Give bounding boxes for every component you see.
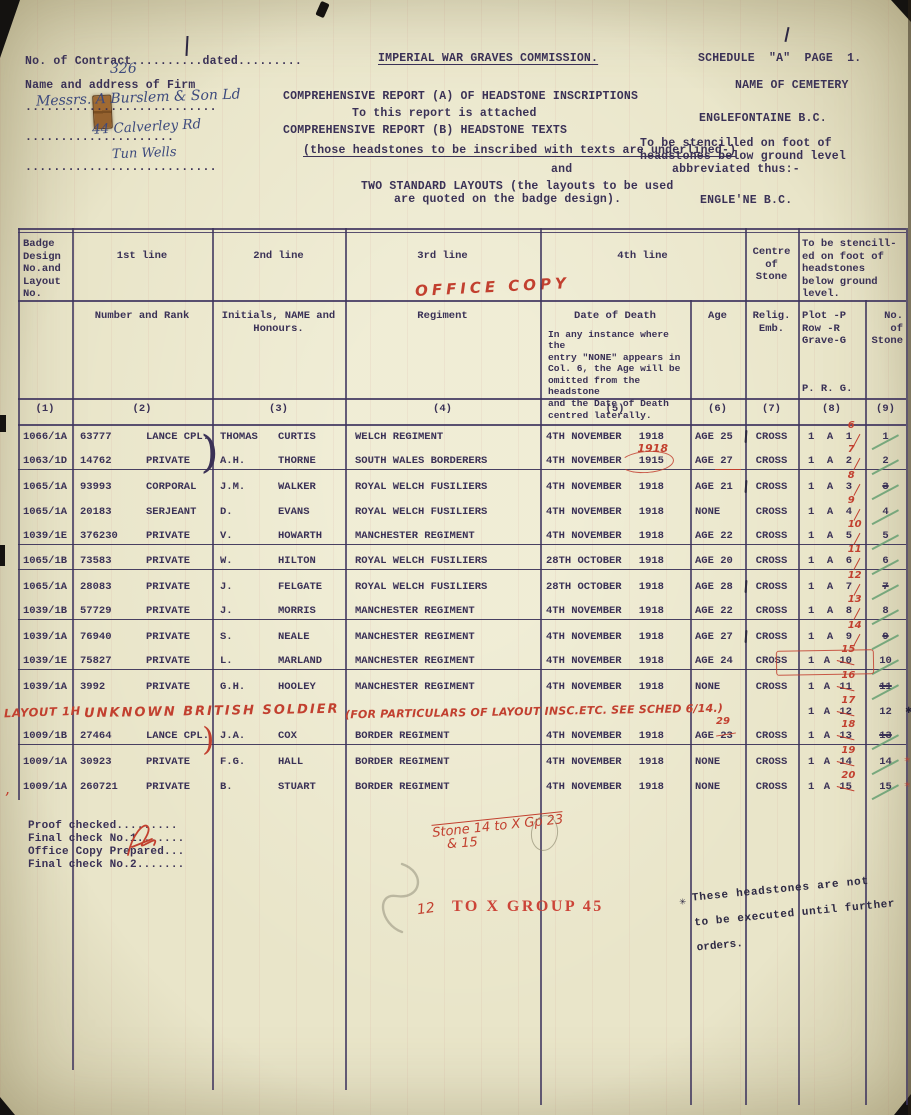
initials: V. — [220, 530, 278, 542]
age-value: NONE — [690, 504, 745, 520]
initials: A.H. — [220, 455, 278, 467]
surname: HALL — [278, 756, 303, 768]
col-num-2: (2) — [72, 398, 212, 424]
plot: 1 — [808, 730, 814, 742]
red-box-annotation — [776, 649, 874, 676]
service-number: 376230 — [80, 530, 146, 542]
death-date: 4TH NOVEMBER — [546, 756, 622, 768]
initials: W. — [220, 555, 278, 567]
badge-value: 1039/1E — [18, 528, 72, 545]
ink-brace-mark: ) — [200, 427, 219, 478]
service-number: 20183 — [80, 506, 146, 518]
firm-dotted-line-3: ........................... — [25, 161, 217, 174]
cemetery-abbreviation: ENGLE'NE B.C. — [700, 194, 792, 207]
row: A — [827, 481, 833, 493]
red-grave-correction: 11 — [848, 544, 862, 555]
badge-value: 1063/1D — [18, 453, 72, 470]
green-check-tick — [865, 522, 899, 550]
header-no-of-stone: No. of Stone — [865, 300, 906, 398]
service-number: 30923 — [80, 756, 146, 768]
badge-value: 1065/1A — [18, 479, 72, 495]
death-date: 4TH NOVEMBER — [546, 506, 622, 518]
to-x-group-stamp: TO X GROUP 45 — [452, 898, 604, 916]
plot: 1 — [808, 481, 814, 493]
plot: 1 — [808, 506, 814, 518]
badge-value: 1009/1A — [18, 779, 72, 795]
age-value: AGE 2329 — [690, 728, 745, 745]
schedule-page-line: SCHEDULE "A" PAGE 1. — [698, 52, 861, 65]
plot: 1 — [808, 706, 814, 718]
red-grave-correction: 9 — [848, 495, 855, 506]
row: A — [827, 455, 833, 467]
death-date: 4TH NOVEMBER — [546, 530, 622, 542]
badge-value: 1039/1E — [18, 653, 72, 670]
badge-value: 1065/1B — [18, 553, 72, 570]
regiment-value: BORDER REGIMENT — [345, 728, 540, 745]
layout-particulars-handwritten: (FOR PARTICULARS OF LAYOUT INSC.ETC. SEE… — [345, 702, 723, 722]
and-word: and — [551, 163, 572, 176]
surname: CURTIS — [278, 431, 316, 443]
badge-value: 1065/1A — [18, 504, 72, 520]
red-grave-correction: 8 — [848, 470, 855, 481]
header-plot-row-grave: Plot -P Row -R Grave-G P. R. G. — [798, 300, 865, 398]
religious-emblem: CROSS — [745, 504, 798, 520]
red-comma-mark: , — [5, 779, 10, 798]
service-number: 3992 — [80, 681, 146, 693]
religious-emblem: CROSS — [745, 679, 798, 695]
rank: SERJEANT — [146, 506, 196, 518]
header-2nd-line: 2nd line — [212, 232, 345, 300]
row: A — [827, 506, 833, 518]
death-date: 4TH NOVEMBER — [546, 781, 622, 793]
death-date: 4TH NOVEMBER — [546, 631, 622, 643]
rank: PRIVATE — [146, 530, 190, 542]
header-age: Age — [690, 300, 745, 398]
attached-line: To this report is attached — [352, 107, 537, 120]
stencil-note-line-3: abbreviated thus:- — [672, 163, 800, 176]
service-number: 260721 — [80, 781, 146, 793]
badge-value: 1066/1A — [18, 429, 72, 445]
age-value: AGE 27 — [690, 453, 745, 470]
death-date: 4TH NOVEMBER — [546, 655, 622, 667]
execution-hold-note: ✳ These headstones are not to be execute… — [691, 866, 911, 962]
red-grave-correction: 12 — [848, 570, 862, 581]
report-b-line: COMPREHENSIVE REPORT (B) HEADSTONE TEXTS — [283, 124, 567, 137]
surname: HILTON — [278, 555, 316, 567]
death-date: 4TH NOVEMBER — [546, 605, 622, 617]
green-check-tick — [865, 572, 899, 600]
service-number: 14762 — [80, 455, 146, 467]
green-check-tick — [865, 497, 899, 525]
rank: PRIVATE — [146, 631, 190, 643]
initials: F.G. — [220, 756, 278, 768]
row: A — [827, 530, 833, 542]
regiment-value: MANCHESTER REGIMENT — [345, 629, 540, 645]
header-stencil-foot: To be stencill- ed on foot of headstones… — [798, 232, 906, 300]
regiment-value: ROYAL WELCH FUSILIERS — [345, 553, 540, 570]
death-year: 1918 — [639, 781, 664, 793]
col-num-4: (4) — [345, 398, 540, 424]
scan-mark-top — [315, 1, 329, 18]
badge-value: 1039/1B — [18, 603, 72, 620]
header-3rd-line: 3rd line — [345, 232, 540, 300]
report-a-line: COMPREHENSIVE REPORT (A) OF HEADSTONE IN… — [283, 90, 638, 103]
scanned-document-page: No. of Contract..........dated......... … — [0, 0, 911, 1115]
contract-number-handwritten: 326 — [110, 61, 137, 77]
table-rule — [906, 228, 908, 1105]
scan-mark-left-1 — [0, 415, 6, 432]
age-value: AGE 22 — [690, 528, 745, 545]
death-year: 1918 — [639, 431, 664, 443]
surname: MARLAND — [278, 655, 322, 667]
row: A — [827, 605, 833, 617]
age-value: AGE 25 — [690, 429, 745, 445]
surname: FELGATE — [278, 581, 322, 593]
rank: PRIVATE — [146, 555, 190, 567]
religious-emblem: CROSS — [745, 579, 798, 595]
death-date: 28TH OCTOBER — [546, 581, 622, 593]
rank: PRIVATE — [146, 756, 190, 768]
plot: 1 — [808, 455, 814, 467]
service-number: 76940 — [80, 631, 146, 643]
plot: 1 — [808, 681, 814, 693]
layouts-line-1: TWO STANDARD LAYOUTS (the layouts to be … — [361, 180, 673, 193]
religious-emblem: CROSS — [745, 779, 798, 795]
rank: PRIVATE — [146, 581, 190, 593]
rank: PRIVATE — [146, 605, 190, 617]
surname: EVANS — [278, 506, 310, 518]
green-check-tick — [865, 472, 899, 500]
ink-asterisk-mark: ✱ — [905, 703, 911, 717]
age-value: AGE 22 — [690, 603, 745, 620]
surname: STUART — [278, 781, 316, 793]
cemetery-label: NAME OF CEMETERY — [735, 79, 849, 92]
age-value: AGE 21 — [690, 479, 745, 495]
stencil-note-line-1: To be stencilled on foot of — [640, 137, 832, 150]
initials: S. — [220, 631, 278, 643]
regiment-value: MANCHESTER REGIMENT — [345, 603, 540, 620]
header-1st-line: 1st line — [72, 232, 212, 300]
green-check-tick — [865, 672, 899, 700]
asterisk-icon: ✳ — [678, 890, 687, 916]
death-year: 1918 — [639, 581, 664, 593]
header-date-of-death: Date of Death In any instance where the … — [540, 300, 690, 398]
col-num-8: (8) — [798, 398, 865, 424]
death-year: 1918 — [639, 681, 664, 693]
service-number: 75827 — [80, 655, 146, 667]
death-year: 1918 — [639, 506, 664, 518]
service-number: 27464 — [80, 730, 146, 742]
scan-mark-left-2 — [0, 545, 5, 566]
regiment-value: BORDER REGIMENT — [345, 754, 540, 770]
layouts-line-2: are quoted on the badge design). — [394, 193, 621, 206]
badge-value: 1009/1A — [18, 754, 72, 770]
layout-handwritten: LAYOUT 1H — [4, 703, 81, 720]
col-num-9: (9) — [865, 398, 906, 424]
rank: PRIVATE — [146, 455, 190, 467]
red-grave-correction: 6 — [848, 420, 855, 431]
death-date: 4TH NOVEMBER — [546, 431, 622, 443]
surname: HOWARTH — [278, 530, 322, 542]
plot: 1 — [808, 581, 814, 593]
row: A — [824, 756, 830, 768]
death-date: 4TH NOVEMBER — [546, 455, 622, 467]
rank: PRIVATE — [146, 681, 190, 693]
red-grave-correction: 7 — [848, 444, 855, 455]
age-value: AGE 24 — [690, 653, 745, 670]
red-grave-correction: 13 — [848, 594, 862, 605]
row: A — [827, 631, 833, 643]
surname: COX — [278, 730, 297, 742]
age-value: AGE 20 — [690, 553, 745, 570]
religious-emblem: CROSS — [745, 528, 798, 545]
row: A — [824, 706, 830, 718]
pen-stroke-top-right — [784, 27, 789, 42]
unknown-soldier-handwritten: UNKNOWN BRITISH SOLDIER — [72, 702, 340, 722]
initials: L. — [220, 655, 278, 667]
header-initials-name: Initials, NAME and Honours. — [212, 300, 345, 398]
initials: J. — [220, 581, 278, 593]
initials: J. — [220, 605, 278, 617]
col-num-3: (3) — [212, 398, 345, 424]
surname: WALKER — [278, 481, 316, 493]
row: A — [824, 730, 830, 742]
death-year: 1918 — [639, 555, 664, 567]
plot: 1 — [808, 631, 814, 643]
death-year: 1918 — [639, 730, 664, 742]
col-num-6: (6) — [690, 398, 745, 424]
table-header-row-fields: Number and Rank Initials, NAME and Honou… — [18, 300, 906, 398]
service-number: 57729 — [80, 605, 146, 617]
header-badge-spacer — [18, 300, 72, 398]
col-num-7: (7) — [745, 398, 798, 424]
cemetery-name: ENGLEFONTAINE B.C. — [699, 112, 827, 125]
header-4th-line: 4th line — [540, 232, 745, 300]
regiment-value: WELCH REGIMENT — [345, 429, 540, 445]
death-date: 28TH OCTOBER — [546, 555, 622, 567]
death-year: 1918 — [639, 655, 664, 667]
death-date: 4TH NOVEMBER — [546, 481, 622, 493]
firm-town-handwritten: Tun Wells — [112, 145, 177, 162]
age-value: NONE — [690, 679, 745, 695]
green-check-tick — [865, 772, 899, 800]
death-year: 1918 — [639, 530, 664, 542]
stamp-prefix-handwritten: 12 — [416, 900, 436, 918]
death-date: 4TH NOVEMBER — [546, 681, 622, 693]
stone-number: 12 — [865, 704, 906, 720]
table-header-row-lines: Badge Design No.and Layout No. 1st line … — [18, 232, 906, 300]
death-date: 4TH NOVEMBER — [546, 730, 622, 742]
header-badge-design: Badge Design No.and Layout No. — [18, 232, 72, 300]
rank: LANCE CPL. — [146, 730, 209, 742]
initials: G.H. — [220, 681, 278, 693]
regiment-value: ROYAL WELCH FUSILIERS — [345, 504, 540, 520]
service-number: 93993 — [80, 481, 146, 493]
plot: 1 — [808, 555, 814, 567]
religious-emblem: CROSS — [745, 553, 798, 570]
plot: 1 — [808, 781, 814, 793]
badge-value: 1009/1B — [18, 728, 72, 745]
service-number: 73583 — [80, 555, 146, 567]
death-year: 1918 — [639, 756, 664, 768]
organisation-title: IMPERIAL WAR GRAVES COMMISSION. — [378, 52, 598, 65]
age-value: NONE — [690, 754, 745, 770]
header-number-rank: Number and Rank — [72, 300, 212, 398]
surname: MORRIS — [278, 605, 316, 617]
regiment-value: MANCHESTER REGIMENT — [345, 653, 540, 670]
regiment-value: MANCHESTER REGIMENT — [345, 679, 540, 695]
surname: HOOLEY — [278, 681, 316, 693]
regiment-value: ROYAL WELCH FUSILIERS — [345, 479, 540, 495]
red-grave-correction: 17 — [841, 695, 855, 706]
death-year: 1918 — [639, 481, 664, 493]
religious-emblem: CROSS — [745, 429, 798, 445]
red-brace-mark: ) — [202, 720, 214, 758]
surname: NEALE — [278, 631, 310, 643]
age-value: NONE — [690, 779, 745, 795]
row: A — [824, 781, 830, 793]
green-check-tick — [865, 747, 899, 775]
red-grave-correction: 20 — [841, 770, 855, 781]
surname: THORNE — [278, 455, 316, 467]
religious-emblem: CROSS — [745, 728, 798, 745]
regiment-value: SOUTH WALES BORDERERS — [345, 453, 540, 470]
header-dod-title: Date of Death — [540, 300, 690, 323]
row: A — [827, 555, 833, 567]
green-check-tick — [865, 722, 899, 750]
table-column-numbers: (1) (2) (3) (4) (5) (6) (7) (8) (9) — [18, 398, 906, 424]
age-value: AGE 28 — [690, 579, 745, 595]
contract-line: No. of Contract..........dated......... — [25, 55, 302, 68]
header-regiment: Regiment — [345, 300, 540, 398]
badge-value: 1039/1A — [18, 629, 72, 645]
col-num-1: (1) — [18, 398, 72, 424]
header-prg-legend: Plot -P Row -R Grave-G — [798, 300, 865, 348]
red-grave-correction: 14 — [848, 620, 862, 631]
row: A — [827, 431, 833, 443]
badge-value: 1065/1A — [18, 579, 72, 595]
red-grave-correction: 10 — [848, 519, 862, 530]
initials: B. — [220, 781, 278, 793]
green-check-tick — [865, 547, 899, 575]
regiment-value: ROYAL WELCH FUSILIERS — [345, 579, 540, 595]
regiment-value: BORDER REGIMENT — [345, 779, 540, 795]
service-number: 63777 — [80, 431, 146, 443]
initials: D. — [220, 506, 278, 518]
plot: 1 — [808, 756, 814, 768]
initials: J.M. — [220, 481, 278, 493]
pen-stroke-contract — [185, 36, 188, 56]
green-check-tick — [865, 447, 899, 475]
badge-value: 1039/1A — [18, 679, 72, 695]
headstone-table-body: 1066/1A 63777LANCE CPL. THOMASCURTIS WEL… — [18, 424, 906, 799]
religious-emblem: CROSS — [745, 603, 798, 620]
religious-emblem: CROSS — [745, 479, 798, 495]
scan-corner-top-left — [0, 0, 20, 58]
pencil-squiggle-mark — [368, 858, 438, 938]
religious-emblem: CROSS — [745, 629, 798, 645]
rank: PRIVATE — [146, 655, 190, 667]
red-grave-correction: 19 — [841, 745, 855, 756]
green-check-tick — [865, 422, 899, 450]
red-grave-correction: 18 — [841, 719, 855, 730]
initials: J.A. — [220, 730, 278, 742]
col-num-5: (5) — [540, 398, 690, 424]
table-rule — [18, 228, 906, 230]
religious-emblem: CROSS — [745, 453, 798, 470]
death-year: 1918 — [639, 631, 664, 643]
stencil-note-line-2: headstones below ground level — [640, 150, 846, 163]
plot: 1 — [808, 530, 814, 542]
header-relig-emb: Relig. Emb. — [745, 300, 798, 398]
rank: PRIVATE — [146, 781, 190, 793]
header-prg-abbrev: P. R. G. — [802, 383, 852, 396]
green-check-tick — [865, 622, 899, 650]
initials: THOMAS — [220, 431, 278, 443]
stone-reallocation-note-line-2: & 15 — [447, 835, 479, 852]
scan-corner-bottom-left — [0, 1097, 15, 1115]
green-check-tick — [865, 597, 899, 625]
red-age-correction: 29 — [716, 716, 730, 727]
death-year: 1918 — [639, 605, 664, 617]
regiment-value: MANCHESTER REGIMENT — [345, 528, 540, 545]
red-initials-signature — [118, 815, 162, 863]
plot: 1 — [808, 431, 814, 443]
red-circle-mark — [619, 449, 674, 475]
service-number: 28083 — [80, 581, 146, 593]
row: A — [824, 681, 830, 693]
plot: 1 — [808, 605, 814, 617]
religious-emblem: CROSS — [745, 754, 798, 770]
header-centre-of-stone: Centre of Stone — [745, 232, 798, 300]
age-value: AGE 27 — [690, 629, 745, 645]
row: A — [827, 581, 833, 593]
red-underline-mark — [715, 469, 741, 470]
rank: CORPORAL — [146, 481, 196, 493]
